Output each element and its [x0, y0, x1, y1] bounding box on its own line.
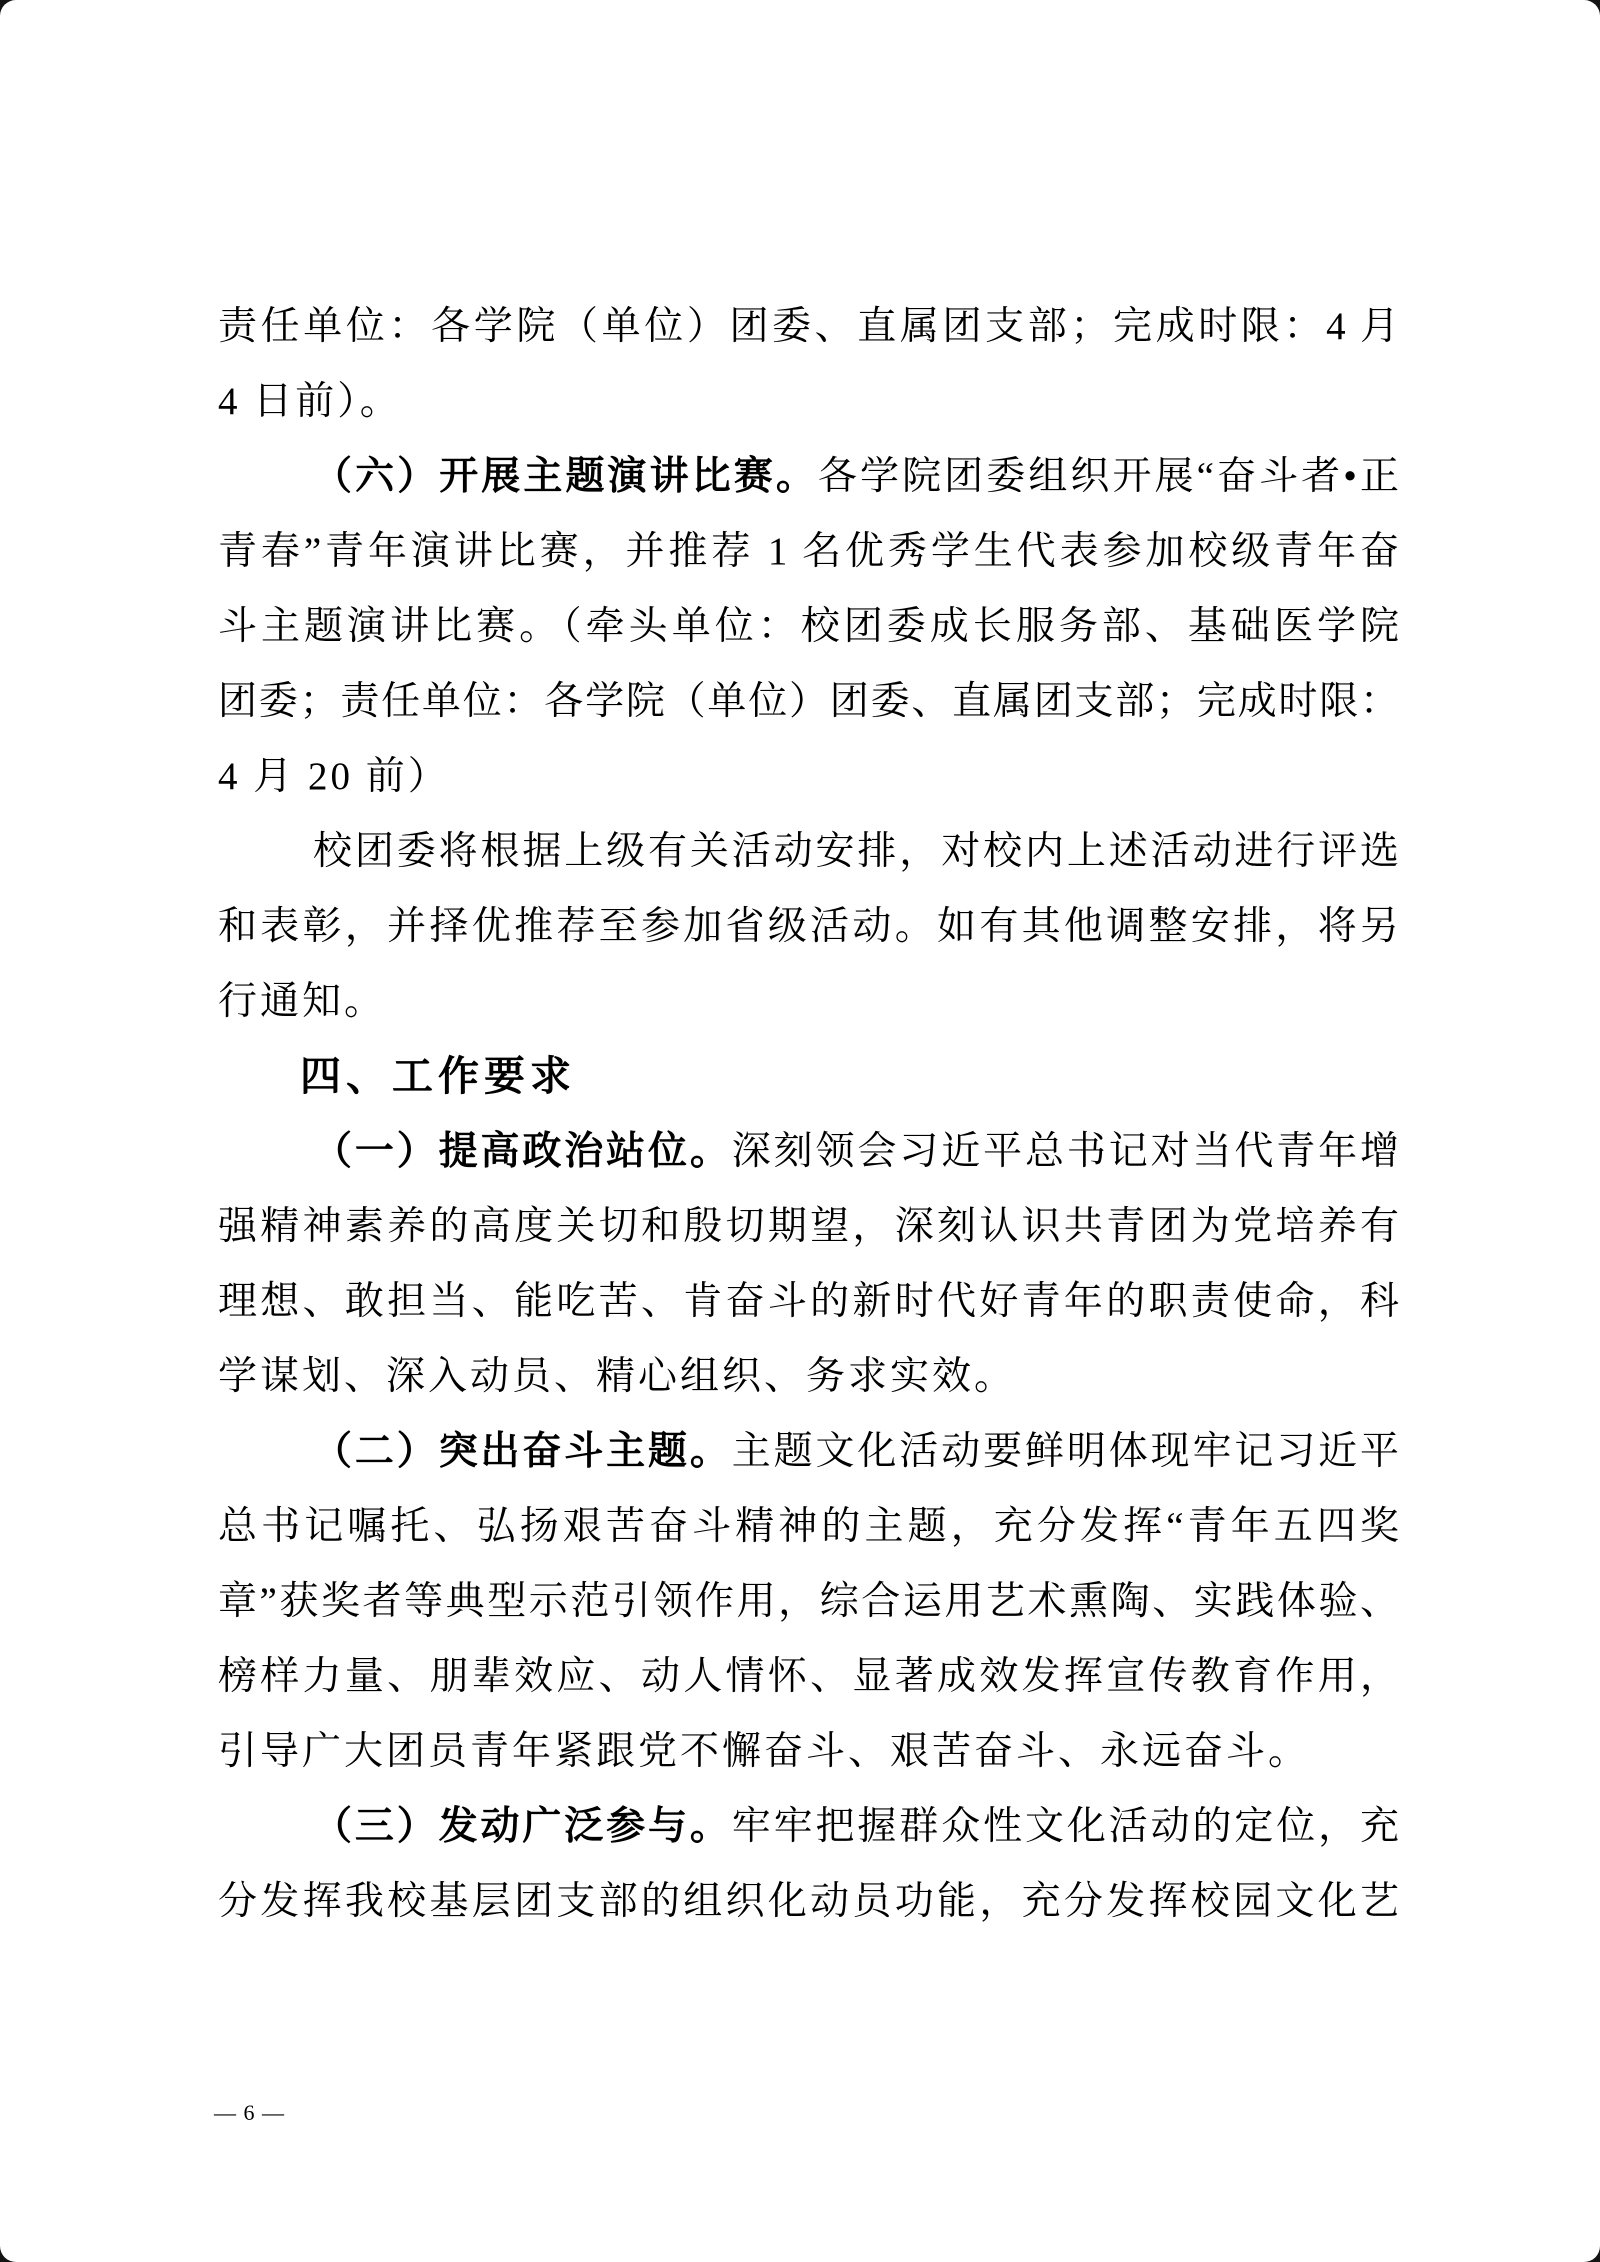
text-line: 和表彰，并择优推荐至参加省级活动。如有其他调整安排，将另	[218, 889, 1400, 964]
bold-text-segment: （三）发动广泛参与。	[313, 1805, 732, 1848]
text-line: 理想、敢担当、能吃苦、肯奋斗的新时代好青年的职责使命，科	[218, 1264, 1400, 1339]
text-line: 4 月 20 前）	[218, 739, 1400, 814]
text-segment: 强精神素养的高度关切和殷切期望，深刻认识共青团为党培养有	[218, 1205, 1400, 1248]
text-line: 行通知。	[218, 964, 1400, 1039]
text-line: 强精神素养的高度关切和殷切期望，深刻认识共青团为党培养有	[218, 1189, 1400, 1264]
text-segment: 学谋划、深入动员、精心组织、务求实效。	[218, 1355, 1016, 1398]
text-line: 团委；责任单位：各学院（单位）团委、直属团支部；完成时限：	[218, 664, 1400, 739]
text-segment: 主题文化活动要鲜明体现牢记习近平	[732, 1430, 1400, 1473]
text-segment: 总书记嘱托、弘扬艰苦奋斗精神的主题，充分发挥“青年五四奖	[218, 1505, 1400, 1548]
text-line: （三）发动广泛参与。牢牢把握群众性文化活动的定位，充	[218, 1789, 1400, 1864]
text-segment: 斗主题演讲比赛。（牵头单位：校团委成长服务部、基础医学院	[218, 605, 1400, 648]
bold-text-segment: （一）提高政治站位。	[313, 1130, 732, 1173]
text-segment: 分发挥我校基层团支部的组织化动员功能，充分发挥校园文化艺	[218, 1880, 1400, 1923]
section-heading: 四、工作要求	[218, 1039, 1400, 1114]
text-segment: 4 日前）。	[218, 380, 402, 423]
text-segment: 校团委将根据上级有关活动安排，对校内上述活动进行评选	[313, 830, 1400, 873]
text-segment: 引导广大团员青年紧跟党不懈奋斗、艰苦奋斗、永远奋斗。	[218, 1730, 1310, 1773]
text-segment: 4 月 20 前）	[218, 755, 450, 798]
text-segment: 深刻领会习近平总书记对当代青年增	[732, 1130, 1400, 1173]
text-line: 分发挥我校基层团支部的组织化动员功能，充分发挥校园文化艺	[218, 1864, 1400, 1939]
text-segment: 和表彰，并择优推荐至参加省级活动。如有其他调整安排，将另	[218, 905, 1400, 948]
text-segment: 榜样力量、朋辈效应、动人情怀、显著成效发挥宣传教育作用，	[218, 1655, 1400, 1698]
text-segment: 章”获奖者等典型示范引领作用，综合运用艺术熏陶、实践体验、	[218, 1580, 1400, 1623]
text-segment: 行通知。	[218, 980, 386, 1023]
text-segment: 团委；责任单位：各学院（单位）团委、直属团支部；完成时限：	[218, 680, 1400, 723]
text-line: 章”获奖者等典型示范引领作用，综合运用艺术熏陶、实践体验、	[218, 1564, 1400, 1639]
text-segment: 青春”青年演讲比赛，并推荐 1 名优秀学生代表参加校级青年奋	[218, 530, 1400, 573]
text-line: 斗主题演讲比赛。（牵头单位：校团委成长服务部、基础医学院	[218, 589, 1400, 664]
text-line: （六）开展主题演讲比赛。各学院团委组织开展“奋斗者•正	[218, 439, 1400, 514]
text-line: 责任单位：各学院（单位）团委、直属团支部；完成时限：4 月	[218, 289, 1400, 364]
bold-text-segment: （六）开展主题演讲比赛。	[313, 455, 818, 498]
text-line: 青春”青年演讲比赛，并推荐 1 名优秀学生代表参加校级青年奋	[218, 514, 1400, 589]
page-number: — 6 —	[214, 2100, 285, 2126]
text-line: 4 日前）。	[218, 364, 1400, 439]
text-segment: 各学院团委组织开展“奋斗者•正	[818, 455, 1400, 498]
text-line: （二）突出奋斗主题。主题文化活动要鲜明体现牢记习近平	[218, 1414, 1400, 1489]
text-line: （一）提高政治站位。深刻领会习近平总书记对当代青年增	[218, 1114, 1400, 1189]
text-line: 校团委将根据上级有关活动安排，对校内上述活动进行评选	[218, 814, 1400, 889]
text-line: 总书记嘱托、弘扬艰苦奋斗精神的主题，充分发挥“青年五四奖	[218, 1489, 1400, 1564]
bold-text-segment: （二）突出奋斗主题。	[313, 1430, 732, 1473]
document-body: 责任单位：各学院（单位）团委、直属团支部；完成时限：4 月4 日前）。（六）开展…	[218, 289, 1400, 1939]
text-segment: 理想、敢担当、能吃苦、肯奋斗的新时代好青年的职责使命，科	[218, 1280, 1400, 1323]
bold-text-segment: 四、工作要求	[300, 1053, 576, 1099]
text-line: 榜样力量、朋辈效应、动人情怀、显著成效发挥宣传教育作用，	[218, 1639, 1400, 1714]
text-line: 学谋划、深入动员、精心组织、务求实效。	[218, 1339, 1400, 1414]
text-line: 引导广大团员青年紧跟党不懈奋斗、艰苦奋斗、永远奋斗。	[218, 1714, 1400, 1789]
document-page: 责任单位：各学院（单位）团委、直属团支部；完成时限：4 月4 日前）。（六）开展…	[0, 0, 1600, 2262]
text-segment: 牢牢把握群众性文化活动的定位，充	[732, 1805, 1400, 1848]
text-segment: 责任单位：各学院（单位）团委、直属团支部；完成时限：4 月	[218, 305, 1400, 348]
